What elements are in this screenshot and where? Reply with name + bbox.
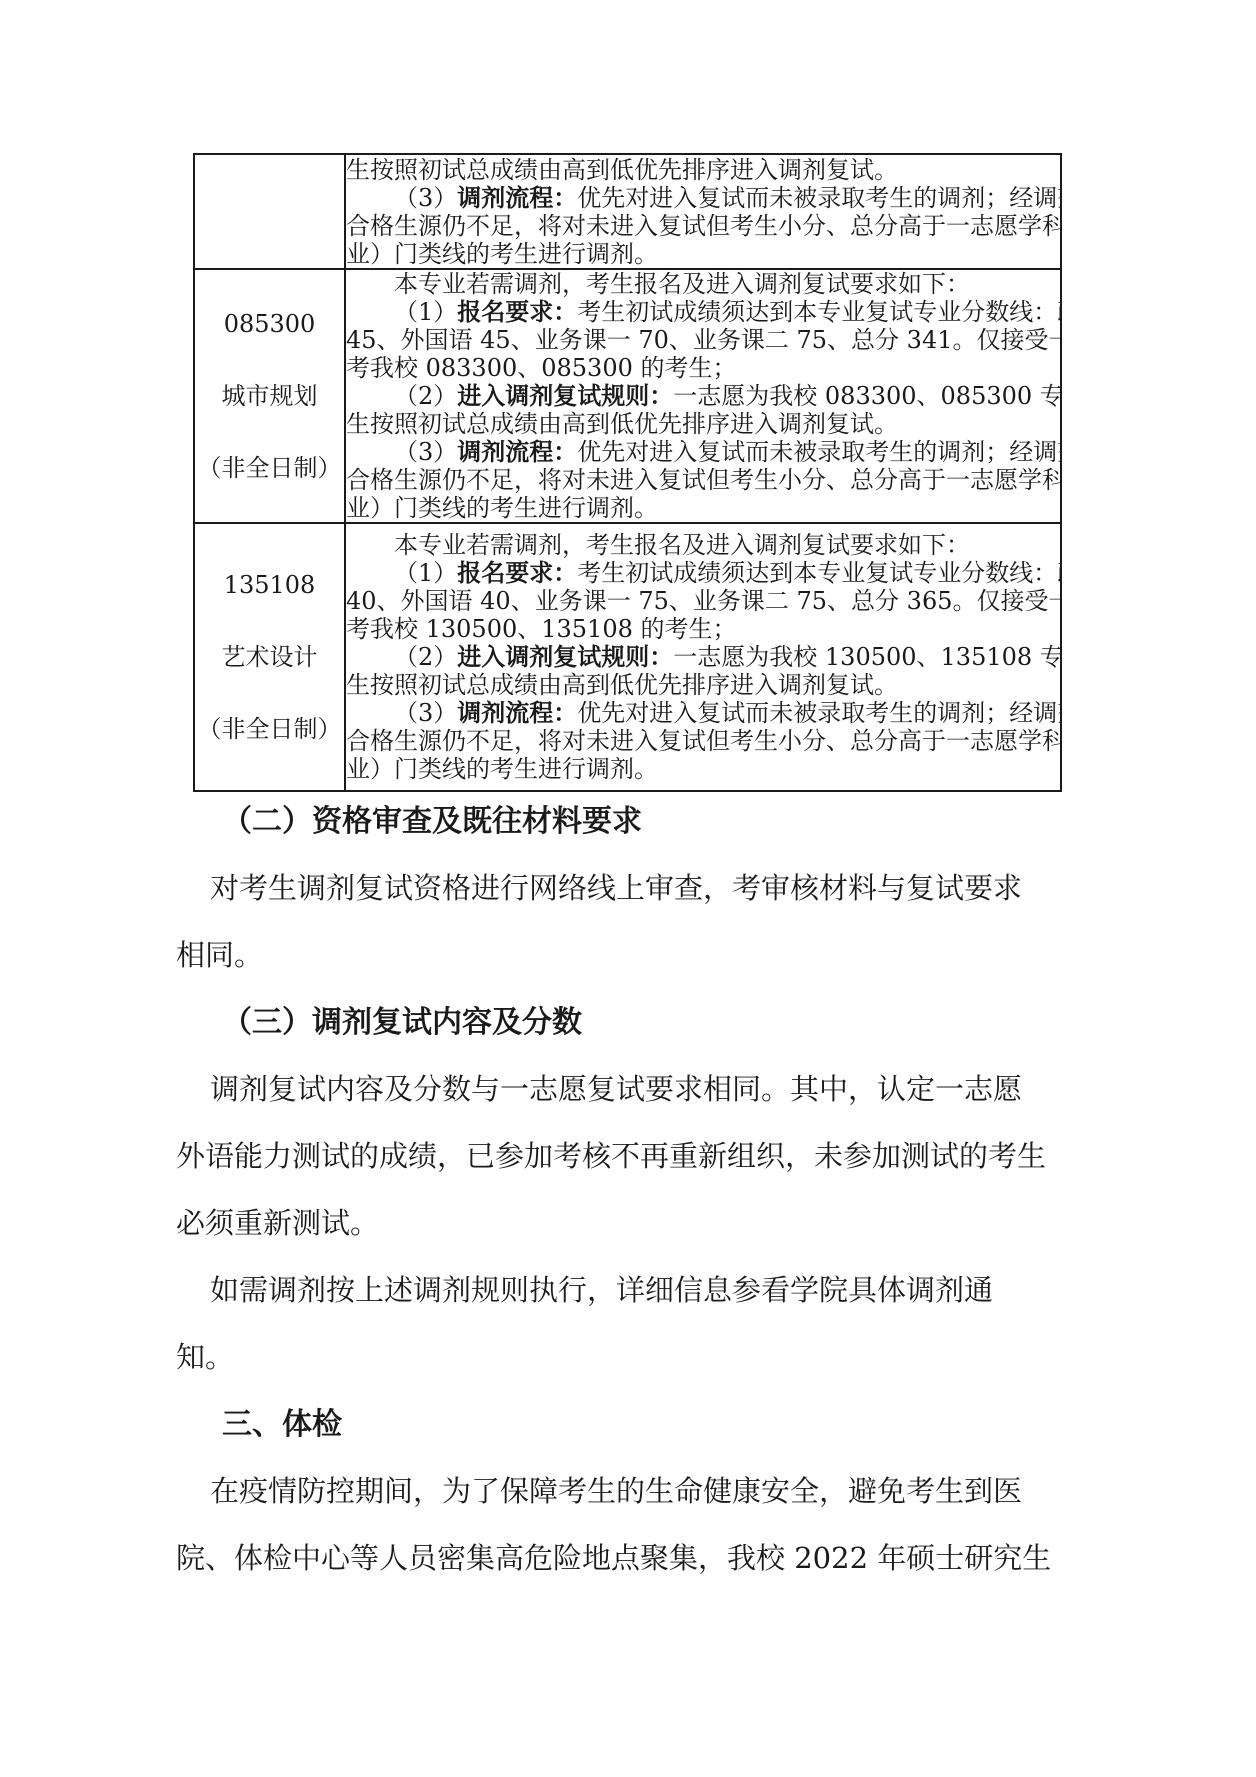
program-line: 艺术设计 [195,621,344,693]
paragraph-line: 相同。 [176,922,1106,989]
text-run: （1） [394,559,457,587]
bold-run: 进入调剂复试规则： [457,643,673,671]
section-heading: 三、体检 [176,1391,1106,1458]
text-run: （2） [394,643,457,671]
text-run: （2） [394,382,457,410]
bold-run: 调剂流程： [457,699,577,727]
requirements-cell: 生按照初试总成绩由高到低优先排序进入调剂复试。（3）调剂流程：优先对进入复试而未… [345,154,1061,269]
document-body: （二）资格审查及既往材料要求对考生调剂复试资格进行网络线上审查，考审核材料与复试… [176,788,1106,1592]
program-line: （非全日制） [195,432,344,504]
requirement-line: （3）调剂流程：优先对进入复试而未被录取考生的调剂；经调剂后 [346,438,1060,466]
text-run: 考我校 083300、085300 的考生； [346,354,737,382]
text-run: 业）门类线的考生进行调剂。 [346,755,658,783]
paragraph-line: 知。 [176,1324,1106,1391]
requirement-line: （3）调剂流程：优先对进入复试而未被录取考生的调剂；经调剂后 [346,699,1060,727]
requirement-line: 合格生源仍不足，将对未进入复试但考生小分、总分高于一志愿学科（专 [346,212,1060,240]
text-run: （3） [394,184,457,212]
paragraph-line: 调剂复试内容及分数与一志愿复试要求相同。其中，认定一志愿 [176,1056,1106,1123]
requirement-line: 生按照初试总成绩由高到低优先排序进入调剂复试。 [346,410,1060,438]
table-row: 生按照初试总成绩由高到低优先排序进入调剂复试。（3）调剂流程：优先对进入复试而未… [194,154,1061,269]
text-run: （3） [394,438,457,466]
requirement-line: 考我校 130500、135108 的考生； [346,615,1060,643]
table-row: 135108艺术设计（非全日制）本专业若需调剂，考生报名及进入调剂复试要求如下：… [194,523,1061,791]
text-run: 考我校 130500、135108 的考生； [346,615,737,643]
program-line: 城市规划 [195,360,344,432]
requirement-line: （3）调剂流程：优先对进入复试而未被录取考生的调剂；经调剂后 [346,184,1060,212]
text-run: 本专业若需调剂，考生报名及进入调剂复试要求如下： [394,531,970,559]
requirement-line: 业）门类线的考生进行调剂。 [346,240,1060,268]
text-run: 优先对进入复试而未被录取考生的调剂；经调剂后 [577,438,1060,466]
bold-run: 报名要求： [457,559,577,587]
text-run: 一志愿为我校 083300、085300 专业的考 [673,382,1060,410]
bold-run: 调剂流程： [457,438,577,466]
bold-run: 调剂流程： [457,184,577,212]
program-cell: 135108艺术设计（非全日制） [194,523,345,791]
text-run: 40、外国语 40、业务课一 75、业务课二 75、总分 365。仅接受一志愿报 [346,587,1060,615]
requirement-line: 考我校 083300、085300 的考生； [346,354,1060,382]
requirement-line: 生按照初试总成绩由高到低优先排序进入调剂复试。 [346,156,1060,184]
text-run: 生按照初试总成绩由高到低优先排序进入调剂复试。 [346,156,898,184]
bold-run: 报名要求： [457,298,577,326]
text-run: 业）门类线的考生进行调剂。 [346,240,658,268]
paragraph-line: 外语能力测试的成绩，已参加考核不再重新组织，未参加测试的考生 [176,1123,1106,1190]
section-heading: （二）资格审查及既往材料要求 [176,788,1106,855]
requirement-line: 45、外国语 45、业务课一 70、业务课二 75、总分 341。仅接受一志愿报 [346,326,1060,354]
requirements-cell: 本专业若需调剂，考生报名及进入调剂复试要求如下：（1）报名要求：考生初试成绩须达… [345,269,1061,523]
text-run: 考生初试成绩须达到本专业复试专业分数线：政治 [577,298,1060,326]
program-line: 135108 [195,549,344,621]
requirement-line: 本专业若需调剂，考生报名及进入调剂复试要求如下： [346,531,1060,559]
program-line: （非全日制） [195,693,344,765]
requirement-line: （2）进入调剂复试规则：一志愿为我校 130500、135108 专业的考 [346,643,1060,671]
program-line: 085300 [195,288,344,360]
requirement-line: 生按照初试总成绩由高到低优先排序进入调剂复试。 [346,671,1060,699]
document-page: 生按照初试总成绩由高到低优先排序进入调剂复试。（3）调剂流程：优先对进入复试而未… [0,0,1256,1777]
text-run: 本专业若需调剂，考生报名及进入调剂复试要求如下： [394,270,970,298]
text-run: 生按照初试总成绩由高到低优先排序进入调剂复试。 [346,410,898,438]
program-cell: 085300城市规划（非全日制） [194,269,345,523]
text-run: 合格生源仍不足，将对未进入复试但考生小分、总分高于一志愿学科（专 [346,727,1060,755]
bold-run: 进入调剂复试规则： [457,382,673,410]
requirement-line: 本专业若需调剂，考生报名及进入调剂复试要求如下： [346,270,1060,298]
text-run: 考生初试成绩须达到本专业复试专业分数线：政治 [577,559,1060,587]
requirement-line: 40、外国语 40、业务课一 75、业务课二 75、总分 365。仅接受一志愿报 [346,587,1060,615]
text-run: 业）门类线的考生进行调剂。 [346,494,658,522]
text-run: （3） [394,699,457,727]
text-run: 合格生源仍不足，将对未进入复试但考生小分、总分高于一志愿学科（专 [346,466,1060,494]
table-row: 085300城市规划（非全日制）本专业若需调剂，考生报名及进入调剂复试要求如下：… [194,269,1061,523]
text-run: 45、外国语 45、业务课一 70、业务课二 75、总分 341。仅接受一志愿报 [346,326,1060,354]
paragraph-line: 对考生调剂复试资格进行网络线上审查，考审核材料与复试要求 [176,855,1106,922]
requirements-cell: 本专业若需调剂，考生报名及进入调剂复试要求如下：（1）报名要求：考生初试成绩须达… [345,523,1061,791]
text-run: 优先对进入复试而未被录取考生的调剂；经调剂后 [577,184,1060,212]
requirement-line: 业）门类线的考生进行调剂。 [346,755,1060,783]
adjustment-requirements-table: 生按照初试总成绩由高到低优先排序进入调剂复试。（3）调剂流程：优先对进入复试而未… [193,153,1062,792]
requirement-line: （1）报名要求：考生初试成绩须达到本专业复试专业分数线：政治 [346,559,1060,587]
section-heading: （三）调剂复试内容及分数 [176,989,1106,1056]
requirement-line: （2）进入调剂复试规则：一志愿为我校 083300、085300 专业的考 [346,382,1060,410]
adjustment-table-body: 生按照初试总成绩由高到低优先排序进入调剂复试。（3）调剂流程：优先对进入复试而未… [194,154,1061,791]
paragraph-line: 如需调剂按上述调剂规则执行，详细信息参看学院具体调剂通 [176,1257,1106,1324]
text-run: 生按照初试总成绩由高到低优先排序进入调剂复试。 [346,671,898,699]
program-cell [194,154,345,269]
requirement-line: 业）门类线的考生进行调剂。 [346,494,1060,522]
paragraph-line: 院、体检中心等人员密集高危险地点聚集，我校 2022 年硕士研究生 [176,1525,1106,1592]
paragraph-line: 在疫情防控期间，为了保障考生的生命健康安全，避免考生到医 [176,1458,1106,1525]
text-run: 合格生源仍不足，将对未进入复试但考生小分、总分高于一志愿学科（专 [346,212,1060,240]
paragraph-line: 必须重新测试。 [176,1190,1106,1257]
requirement-line: 合格生源仍不足，将对未进入复试但考生小分、总分高于一志愿学科（专 [346,466,1060,494]
requirement-line: 合格生源仍不足，将对未进入复试但考生小分、总分高于一志愿学科（专 [346,727,1060,755]
requirement-line: （1）报名要求：考生初试成绩须达到本专业复试专业分数线：政治 [346,298,1060,326]
text-run: 一志愿为我校 130500、135108 专业的考 [673,643,1060,671]
text-run: 优先对进入复试而未被录取考生的调剂；经调剂后 [577,699,1060,727]
text-run: （1） [394,298,457,326]
